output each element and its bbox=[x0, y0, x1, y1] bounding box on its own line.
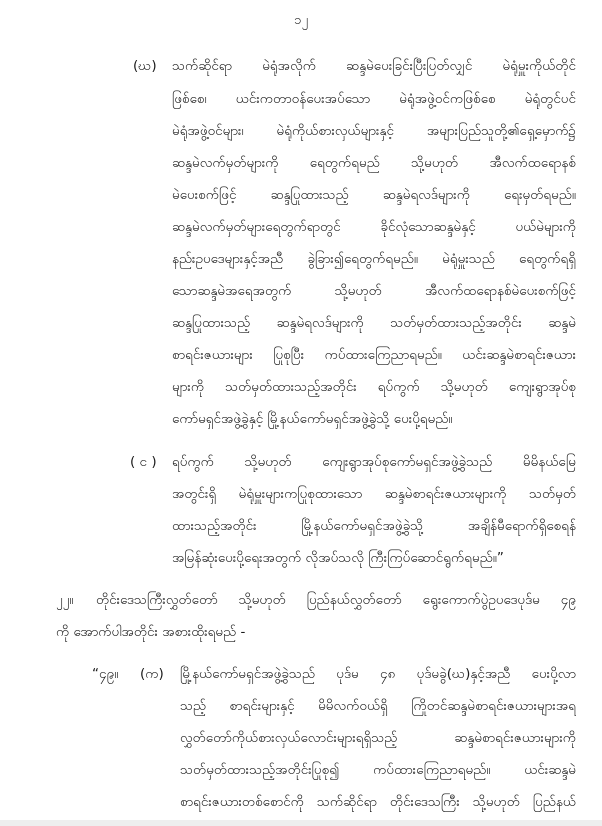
clause-gha-line: ကော်မရှင်အဖွဲ့ခွဲနှင့် မြို့နယ်ကော်မရှင်… bbox=[172, 409, 453, 429]
clause-nga-line: ထားသည့်အတိုင်း မြို့နယ်ကော်မရှင်အဖွဲ့ခွဲ… bbox=[172, 516, 576, 536]
clause-gha-line: သောဆန္ဒမဲအရေအတွက် သို့မဟုတ် အီလက်ထရောနစ်… bbox=[172, 281, 576, 301]
clause-gha-label: (ဃ) bbox=[133, 56, 157, 76]
section-49-line: လွှတ်တော်ကိုယ်စားလှယ်လောင်းများရရှိသည့် … bbox=[180, 728, 576, 748]
clause-nga-line: အတွင်းရှိ မဲရုံမှူးများကပြုစုထားသော ဆန္ဒ… bbox=[172, 484, 576, 504]
clause-nga-line: ရပ်ကွက် သို့မဟုတ် ကျေးရွာအုပ်စုကော်မရှင်… bbox=[172, 452, 576, 472]
clause-nga-line: အမြန်ဆုံးပေးပို့ရေးအတွက် လိုအပ်သလို ကြီး… bbox=[172, 548, 504, 568]
section-49-line: စာရင်းဇယားတစ်စောင်ကို သက်ဆိုင်ရာ တိုင်းဒ… bbox=[180, 792, 576, 812]
clause-gha-line: ဖြစ်စေ၊ ယင်းကတာဝန်ပေးအပ်သော မဲရုံအဖွဲ့ဝင… bbox=[172, 89, 576, 109]
clause-gha-line: စာရင်းဇယားများ ပြုစုပြီး ကပ်ထားကြေညာရမည်… bbox=[172, 345, 576, 365]
section-49-line: သည့် စာရင်းများနှင့် မိမိလက်ဝယ်ရှိ ကြိုတ… bbox=[180, 696, 576, 716]
section-22-label: ၂၂။ bbox=[56, 590, 73, 610]
section-49-clause-label: (က) bbox=[140, 664, 164, 684]
section-49-line: သတ်မှတ်ထားသည့်အတိုင်းပြုစု၍ ကပ်ထားကြေညာရ… bbox=[180, 760, 576, 780]
clause-gha-line: နည်းဥပဒေများနှင့်အညီ ခွဲခြား၍ရေတွက်ရမည်။… bbox=[172, 249, 576, 269]
section-22-line: ကို အောက်ပါအတိုင်း အစားထိုးရမည် - bbox=[56, 622, 245, 642]
page-bottom-edge bbox=[0, 820, 602, 826]
document-page: ၁၂ (ဃ) သက်ဆိုင်ရာ မဲရုံအလိုက် ဆန္ဒမဲပေးခ… bbox=[0, 0, 602, 826]
section-22-line: တိုင်းဒေသကြီးလွှတ်တော် သို့မဟုတ် ပြည်နယ်… bbox=[96, 590, 576, 610]
section-49-label: “၄၉။ bbox=[92, 664, 118, 684]
page-number: ၁၂ bbox=[0, 12, 602, 31]
clause-gha-line: ဆန္ဒမဲလက်မှတ်များရေတွက်ရာတွင် ခိုင်လုံသေ… bbox=[172, 217, 576, 237]
clause-nga-label: ( င ) bbox=[130, 452, 157, 472]
clause-gha-line: မဲပေးစက်ဖြင့် ဆန္ဒပြုထားသည့် ဆန္ဒမဲရလဒ်မ… bbox=[172, 185, 576, 205]
clause-gha-line: များကို သတ်မှတ်ထားသည့်အတိုင်း ရပ်ကွက် သိ… bbox=[172, 377, 576, 397]
section-49-line: မြို့နယ်ကော်မရှင်အဖွဲ့ခွဲသည် ပုဒ်မ ၄၈ ပု… bbox=[180, 664, 576, 684]
clause-gha-line: ဆန္ဒပြုထားသည့် ဆန္ဒမဲရလဒ်များကို သတ်မှတ်… bbox=[172, 313, 576, 333]
clause-gha-line: သက်ဆိုင်ရာ မဲရုံအလိုက် ဆန္ဒမဲပေးခြင်းပြီ… bbox=[172, 56, 576, 76]
clause-gha-line: ဆန္ဒမဲလက်မှတ်များကို ရေတွက်ရမည် သို့မဟုတ… bbox=[172, 153, 576, 173]
clause-gha-line: မဲရုံအဖွဲ့ဝင်များ၊ မဲရုံကိုယ်စားလှယ်များ… bbox=[172, 121, 576, 141]
